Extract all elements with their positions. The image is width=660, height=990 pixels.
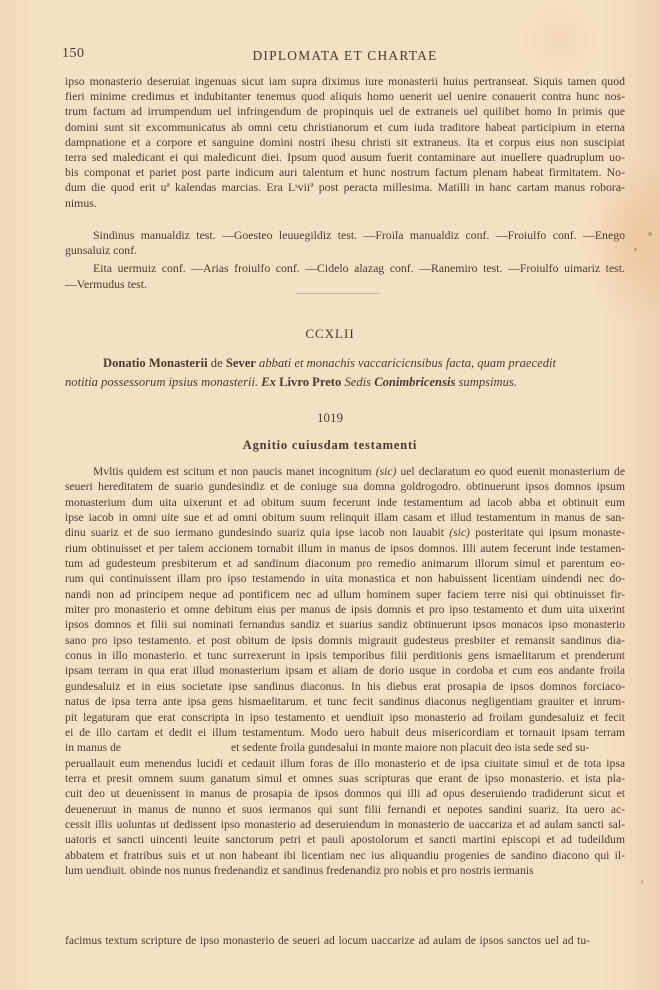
text-line: —Vermudus test. bbox=[65, 277, 625, 292]
foxing-spot bbox=[641, 880, 643, 884]
footnote-continuation-line: facimus textum scripture de ipso monaste… bbox=[65, 934, 590, 947]
continued-charter-text: ipso monasterio deseruiat ingenuas sicut… bbox=[65, 74, 625, 211]
section-divider bbox=[296, 293, 380, 294]
summary-word: sumpsimus. bbox=[459, 375, 517, 389]
text-line: nimus. bbox=[65, 196, 625, 211]
text-line: terra et presit omnem suum ganatum simul… bbox=[65, 771, 625, 786]
text-line: rum qui continuissent illam pro ipso tes… bbox=[65, 571, 625, 586]
summary-word: Sedis bbox=[344, 375, 371, 389]
text-line: gundesaluiz et in eius societate ipse sa… bbox=[65, 679, 625, 694]
text-line: dinu suariz et de suo iermano gundesindo… bbox=[65, 525, 625, 540]
text-line: miter pro monasterio et omne debitum eiu… bbox=[65, 602, 625, 617]
text-line: fieri minime credimus et indubitanter te… bbox=[65, 89, 625, 104]
text-line: lum uendiuit. obinde nos nunus fredenand… bbox=[65, 863, 625, 878]
foxing-spot bbox=[648, 232, 652, 236]
text-line: ei de illo cartam et dedit ei illum test… bbox=[65, 725, 625, 740]
text-line: deueneruut in manus de nunno et suos ier… bbox=[65, 802, 625, 817]
text-line: domini sunt sit excommunicatus ab omni c… bbox=[65, 120, 625, 135]
text-line: sano pro ipso testamento. et post obitum… bbox=[65, 633, 625, 648]
text-segment: dinu suariz et de suo iermano gundesindo… bbox=[65, 526, 444, 539]
text-line: nandi non ad principem neque ad pontific… bbox=[65, 587, 625, 602]
running-head: 150 DIPLOMATA ET CHARTAE bbox=[62, 46, 628, 62]
charter-body: Mvltis quidem est scitum et non paucis m… bbox=[65, 464, 625, 878]
text-line: bis componat et pariet post parte indicu… bbox=[65, 165, 625, 180]
book-page: 150 DIPLOMATA ET CHARTAE ipso monasterio… bbox=[0, 0, 660, 990]
text-line: Sindinus manualdiz test. —Goesteo leuueg… bbox=[65, 228, 625, 243]
sic-annotation: (sic) bbox=[449, 526, 470, 539]
text-line: ipsam terram in qua erat illud monasteri… bbox=[65, 663, 625, 678]
sic-annotation: (sic) bbox=[376, 465, 397, 478]
foxing-spot bbox=[634, 248, 637, 251]
text-line: rium obtinuisset et per talem accionem t… bbox=[65, 541, 625, 556]
summary-word: Donatio bbox=[103, 356, 146, 370]
text-segment: uel declaratum eo quod euenit monasteriu… bbox=[400, 465, 625, 478]
text-line: trum factum ad irrumpendum uel infringen… bbox=[65, 104, 625, 119]
text-line: ipso monasterio deseruiat ingenuas sicut… bbox=[65, 74, 625, 89]
text-line: Mvltis quidem est scitum et non paucis m… bbox=[65, 464, 625, 479]
summary-word: Conimbricensis bbox=[374, 375, 455, 389]
text-line: uatoris et sancti uincenti leuite sancto… bbox=[65, 832, 625, 847]
document-summary: Donatio Monasterii de Sever abbati et mo… bbox=[65, 354, 625, 392]
witness-paragraph: Sindinus manualdiz test. —Goesteo leuueg… bbox=[65, 228, 625, 258]
summary-word: Ex bbox=[261, 375, 276, 389]
text-line: terra sed maledicant ei qui maledicunt d… bbox=[65, 150, 625, 165]
summary-word: abbati et monachis vaccaricicnsibus fact… bbox=[259, 356, 556, 370]
text-segment: in manus de bbox=[65, 741, 121, 754]
text-line: ipse iacob in omni uite sue et ad omni o… bbox=[65, 510, 625, 525]
summary-word: notitia possessorum ipsius monasterii. bbox=[65, 375, 258, 389]
text-line: tum ad gudesteum presbiterum et ad sandi… bbox=[65, 556, 625, 571]
summary-word: Sever bbox=[226, 356, 256, 370]
text-line: in manus deet sedente froila gundesalui … bbox=[65, 740, 625, 755]
text-line: gunsaluiz conf. bbox=[65, 243, 625, 258]
text-segment: et sedente froila gundesalui in monte ma… bbox=[231, 741, 589, 754]
witness-list: Sindinus manualdiz test. —Goesteo leuueg… bbox=[65, 228, 625, 295]
text-line: Eita uermuiz conf. —Arias froiulfo conf.… bbox=[65, 261, 625, 276]
text-line: cessit illis uoluntas ut dedissent ipso … bbox=[65, 817, 625, 832]
text-line: natus de ipsa terra ante ipsa gens hisma… bbox=[65, 694, 625, 709]
text-line: conus in illo monasterio. et tunc surrex… bbox=[65, 648, 625, 663]
text-segment: Mvltis quidem est scitum et non paucis m… bbox=[93, 465, 372, 478]
witness-paragraph: Eita uermuiz conf. —Arias froiulfo conf.… bbox=[65, 261, 625, 291]
text-segment: posteritate qui ipsum monaste- bbox=[475, 526, 625, 539]
text-line: pit legaturam que erat conscripta in ips… bbox=[65, 710, 625, 725]
text-line: peruallauit eum menendus lucidi et cedau… bbox=[65, 756, 625, 771]
text-line: ipsos domnos et filii sui nominati ferna… bbox=[65, 617, 625, 632]
text-line: dampnatione et a corpore et sanguine dom… bbox=[65, 135, 625, 150]
text-line: monasterium dum uita uixerunt et ad obit… bbox=[65, 495, 625, 510]
summary-word: de bbox=[211, 356, 223, 370]
document-year: 1019 bbox=[0, 410, 660, 426]
text-line: dum die quod erit uª kalendas marcias. E… bbox=[65, 180, 625, 195]
text-line: cuit deo ut deuenissent in manus de pros… bbox=[65, 786, 625, 801]
document-title: Agnitio cuiusdam testamenti bbox=[0, 438, 660, 453]
summary-word: Monasterii bbox=[149, 356, 208, 370]
summary-word: Livro Preto bbox=[279, 375, 341, 389]
running-title: DIPLOMATA ET CHARTAE bbox=[62, 48, 628, 64]
document-number: CCXLII bbox=[0, 326, 660, 342]
text-line: abbatem et fratribus suis et ut non habe… bbox=[65, 848, 625, 863]
text-line: seueri hereditatem de suario gundesindiz… bbox=[65, 479, 625, 494]
